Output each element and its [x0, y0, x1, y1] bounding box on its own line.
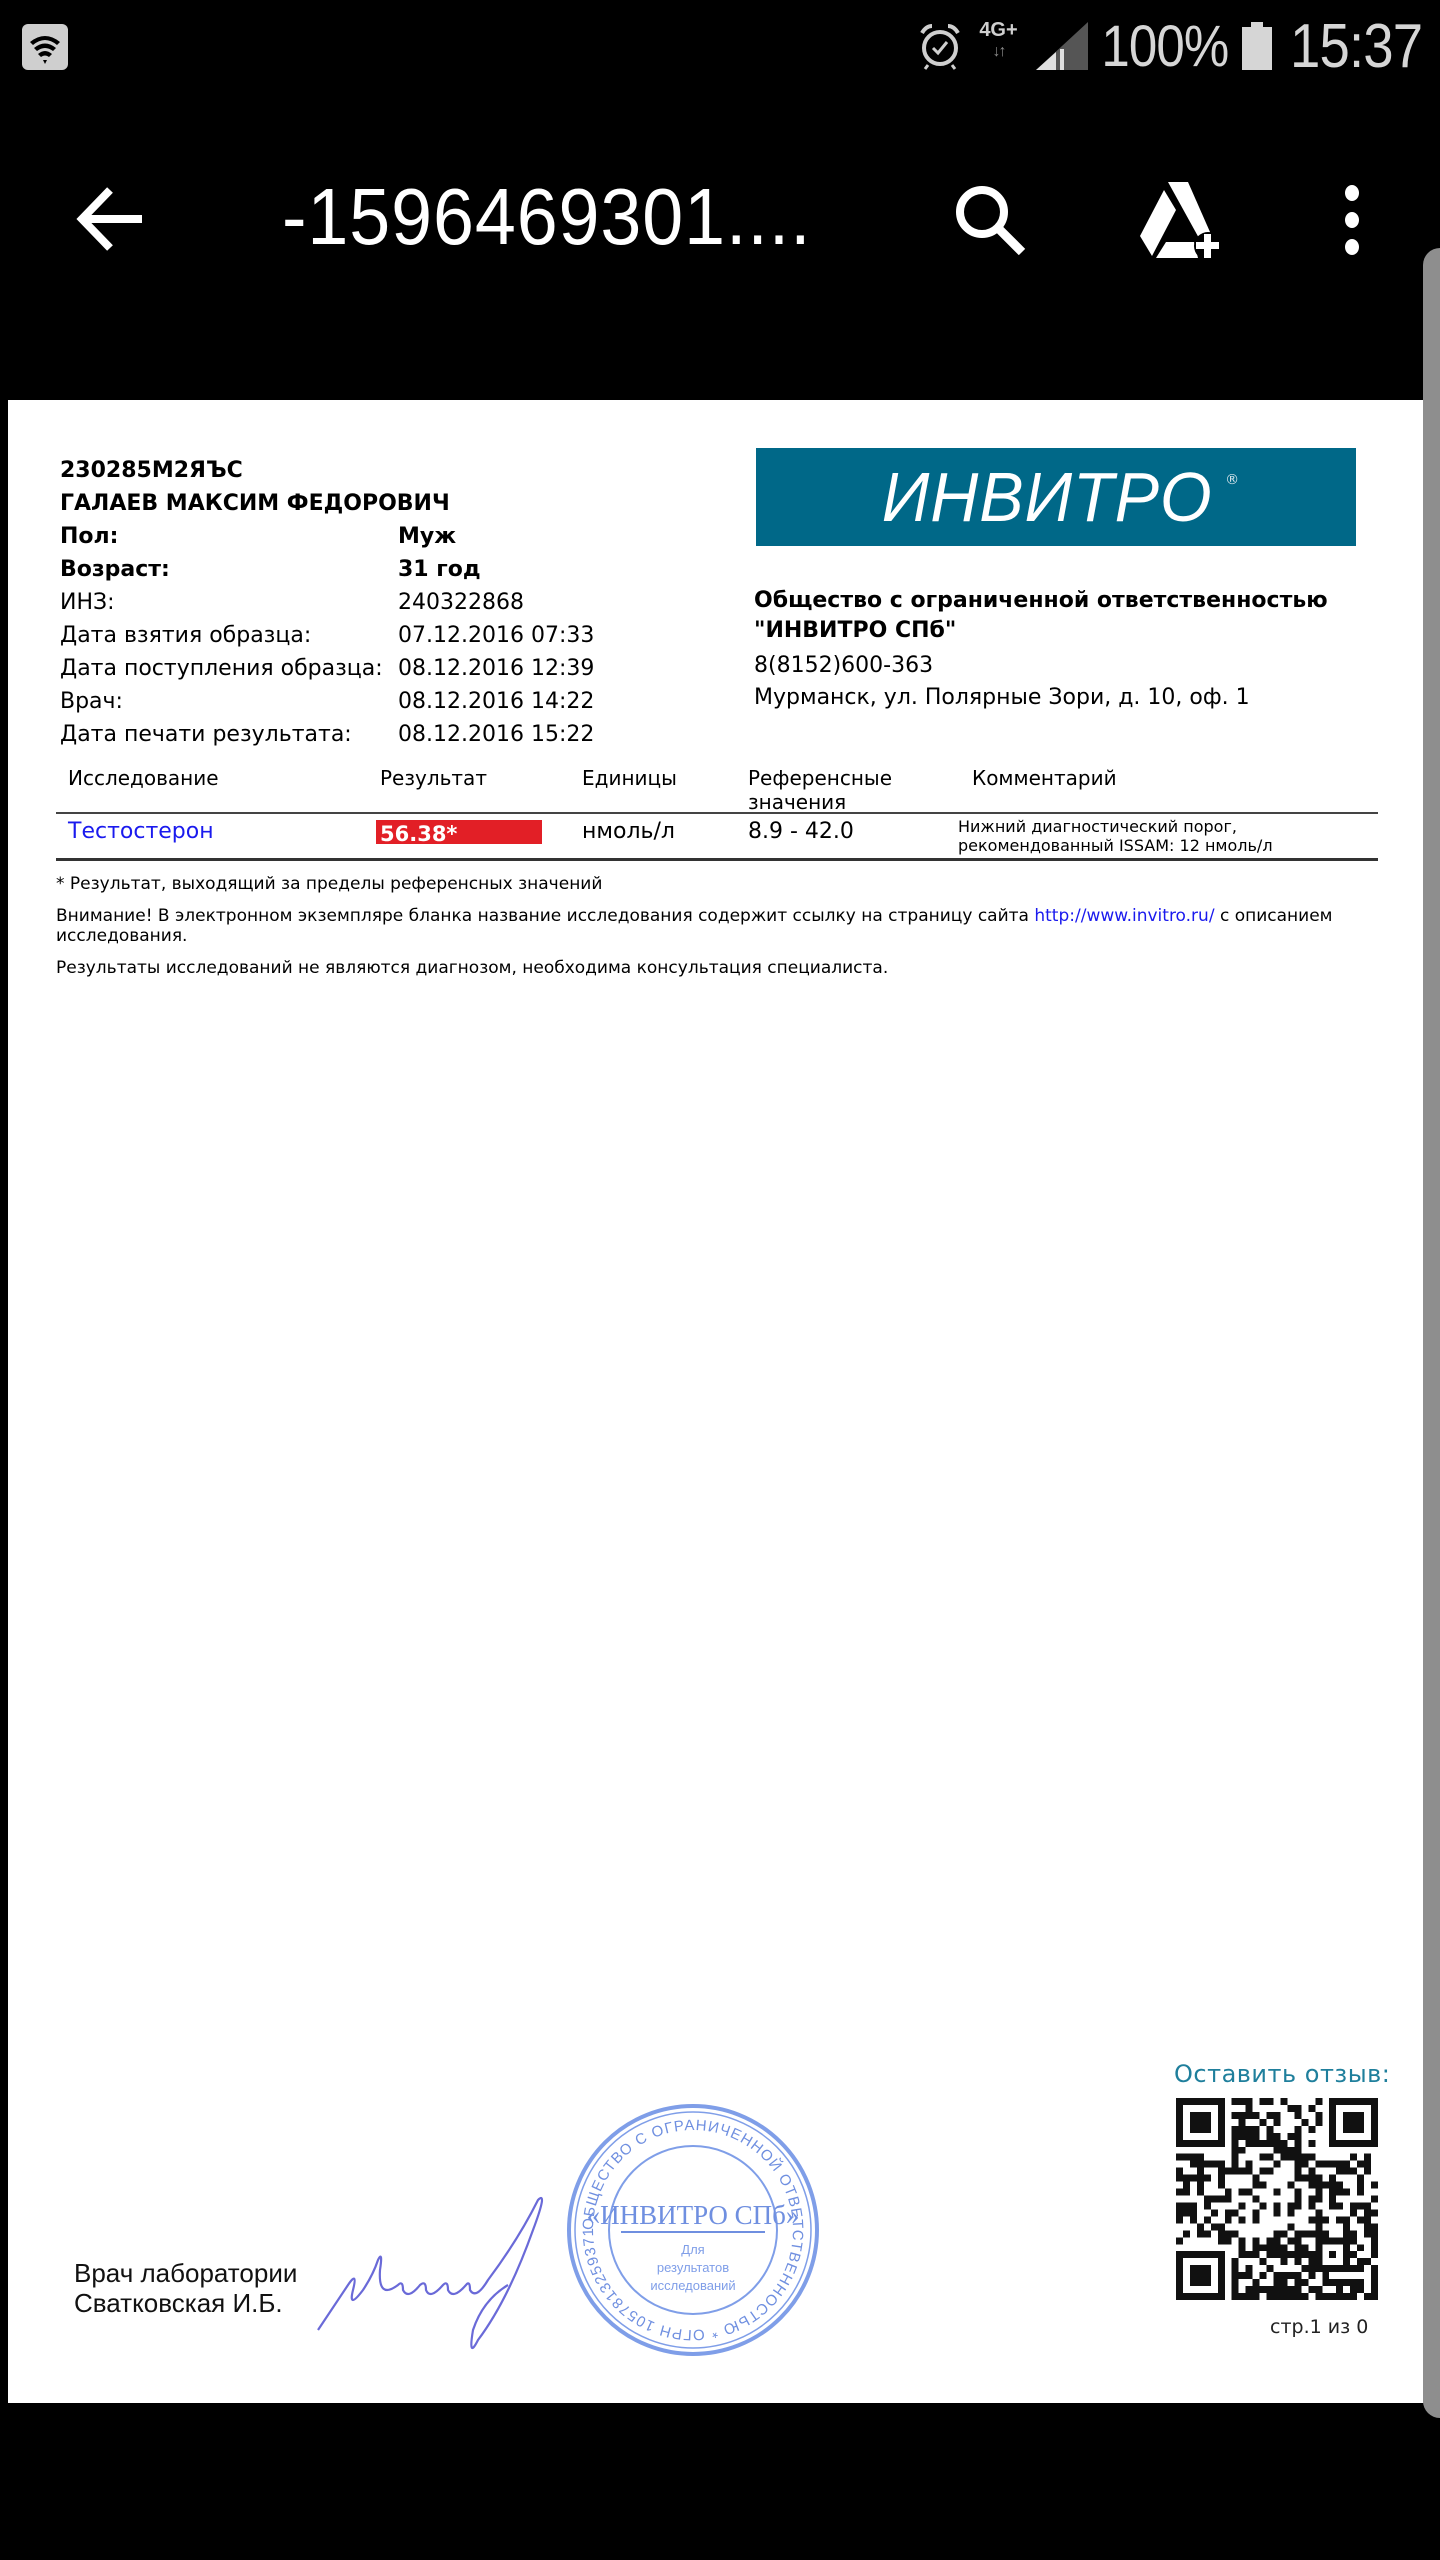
data-arrows-icon: ↓↑	[976, 41, 1022, 63]
result-comment: Нижний диагностический порог, рекомендов…	[958, 817, 1273, 855]
svg-text:результатов: результатов	[657, 2260, 729, 2275]
field-value: 07.12.2016 07:33	[398, 619, 594, 652]
arrow-left-icon	[76, 186, 146, 252]
patient-code: 230285М2ЯЪС	[60, 454, 594, 487]
warning-text: Внимание! В электронном экземпляре бланк…	[56, 906, 1034, 926]
alarm-icon	[918, 21, 962, 71]
svg-text:Для: Для	[681, 2242, 704, 2257]
add-to-drive-button[interactable]	[1132, 170, 1232, 270]
vertical-scrollbar[interactable]	[1423, 248, 1440, 2418]
patient-field: Дата взятия образца:07.12.2016 07:33	[60, 619, 594, 652]
svg-text:«ИНВИТРО СПб»: «ИНВИТРО СПб»	[587, 2200, 800, 2230]
header-units: Единицы	[582, 766, 677, 790]
field-value: Муж	[398, 520, 456, 553]
disclaimer: Результаты исследований не являются диаг…	[56, 958, 1356, 978]
footnote: * Результат, выходящий за пределы рефере…	[56, 874, 1356, 894]
qr-code-icon[interactable]	[1176, 2098, 1378, 2300]
search-button[interactable]	[940, 170, 1040, 270]
header-reference: Референсные значения	[748, 766, 892, 814]
company-address: Мурманск, ул. Полярные Зори, д. 10, оф. …	[754, 682, 1328, 714]
pdf-page: 230285М2ЯЪС ГАЛАЕВ МАКСИМ ФЕДОРОВИЧ Пол:…	[8, 400, 1425, 2403]
signature-image	[308, 2190, 568, 2370]
result-units: нмоль/л	[582, 818, 675, 846]
table-row: Тестостерон 56.38* нмоль/л 8.9 - 42.0 Ни…	[56, 814, 1378, 861]
header-comment: Комментарий	[972, 766, 1117, 790]
doctor-name: Сватковская И.Б.	[74, 2288, 297, 2318]
app-bar: -1596469301....	[0, 92, 1440, 400]
header-test: Исследование	[68, 766, 219, 790]
field-value: 08.12.2016 14:22	[398, 685, 594, 718]
registered-mark: ®	[1225, 472, 1239, 488]
battery-percent: 100%	[1101, 13, 1228, 80]
field-label: Возраст:	[60, 553, 398, 586]
logo-text: ИНВИТРО	[882, 457, 1213, 537]
field-label: ИНЗ:	[60, 586, 398, 619]
company-phone: 8(8152)600-363	[754, 650, 1328, 682]
patient-field: Возраст:31 год	[60, 553, 594, 586]
lab-report: 230285М2ЯЪС ГАЛАЕВ МАКСИМ ФЕДОРОВИЧ Пол:…	[8, 400, 1423, 2403]
field-value: 08.12.2016 15:22	[398, 718, 594, 751]
patient-field: ИНЗ:240322868	[60, 586, 594, 619]
signal-icon	[1036, 22, 1088, 70]
invitro-logo: ИНВИТРО ®	[756, 448, 1356, 546]
field-label: Пол:	[60, 520, 398, 553]
patient-field: Врач:08.12.2016 14:22	[60, 685, 594, 718]
field-value: 240322868	[398, 586, 524, 619]
more-options-button[interactable]	[1302, 170, 1402, 270]
patient-name: ГАЛАЕВ МАКСИМ ФЕДОРОВИЧ	[60, 487, 594, 520]
more-vert-icon	[1342, 185, 1362, 255]
battery-icon	[1242, 22, 1272, 70]
field-label: Врач:	[60, 685, 398, 718]
leave-review-label: Оставить отзыв:	[1174, 2060, 1390, 2088]
back-button[interactable]	[66, 174, 156, 264]
svg-text:исследований: исследований	[650, 2278, 735, 2293]
header-result: Результат	[380, 766, 487, 790]
reference-range: 8.9 - 42.0	[748, 818, 854, 846]
company-info: Общество с ограниченной ответственностью…	[754, 586, 1328, 714]
network-label: 4G+	[976, 19, 1022, 41]
wifi-icon	[22, 24, 68, 70]
lab-doctor: Врач лаборатории Сватковская И.Б.	[74, 2258, 297, 2318]
results-table: Исследование Результат Единицы Референсн…	[56, 762, 1378, 861]
field-value: 08.12.2016 12:39	[398, 652, 594, 685]
network-type: 4G+ ↓↑	[976, 19, 1022, 73]
clock: 15:37	[1290, 11, 1422, 82]
patient-info: 230285М2ЯЪС ГАЛАЕВ МАКСИМ ФЕДОРОВИЧ Пол:…	[60, 454, 594, 751]
invitro-url-link[interactable]: http://www.invitro.ru/	[1034, 906, 1214, 926]
field-label: Дата взятия образца:	[60, 619, 398, 652]
patient-field: Дата поступления образца:08.12.2016 12:3…	[60, 652, 594, 685]
doctor-title: Врач лаборатории	[74, 2258, 297, 2288]
search-icon	[952, 182, 1028, 258]
document-title: -1596469301....	[282, 172, 811, 262]
company-stamp: ОБЩЕСТВО С ОГРАНИЧЕННОЙ ОТВЕТСТВЕННОСТЬЮ…	[563, 2100, 823, 2360]
table-header: Исследование Результат Единицы Референсн…	[56, 762, 1378, 814]
report-notes: * Результат, выходящий за пределы рефере…	[56, 874, 1356, 990]
page-number: стр.1 из 0	[1270, 2316, 1368, 2338]
patient-field: Пол:Муж	[60, 520, 594, 553]
status-bar: 4G+ ↓↑ 100% 15:37	[0, 0, 1440, 92]
google-drive-add-icon	[1138, 180, 1226, 260]
company-name: Общество с ограниченной ответственностью…	[754, 586, 1328, 646]
patient-field: Дата печати результата:08.12.2016 15:22	[60, 718, 594, 751]
field-value: 31 год	[398, 553, 481, 586]
field-label: Дата печати результата:	[60, 718, 398, 751]
result-value-flagged: 56.38*	[376, 820, 542, 844]
field-label: Дата поступления образца:	[60, 652, 398, 685]
electronic-copy-warning: Внимание! В электронном экземпляре бланк…	[56, 906, 1356, 946]
test-name-link[interactable]: Тестостерон	[68, 818, 214, 846]
